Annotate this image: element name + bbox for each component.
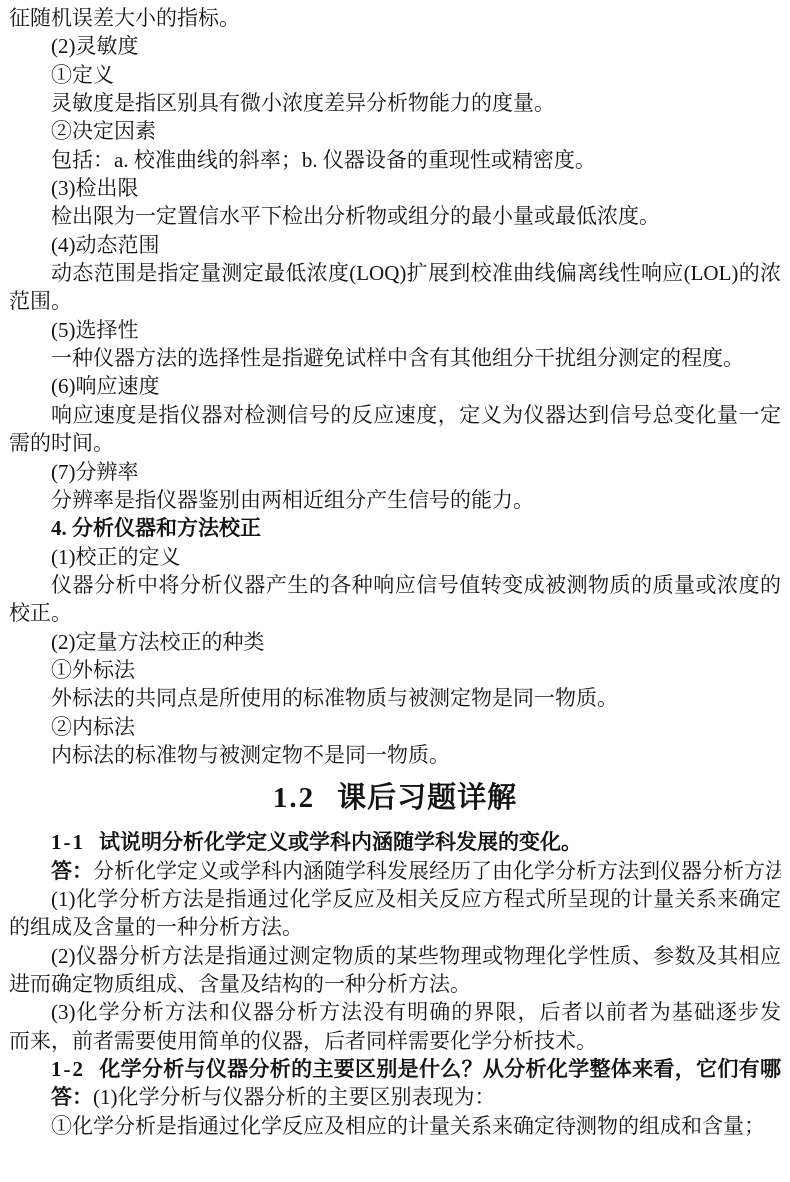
text-line: (1)校正的定义 bbox=[9, 543, 781, 571]
text-line: (7)分辨率 bbox=[9, 458, 781, 486]
text-line: 内标法的标准物与被测定物不是同一物质。 bbox=[9, 741, 781, 769]
question-number: 1-2 bbox=[51, 1057, 85, 1081]
question-text: 试说明分析化学定义或学科内涵随学科发展的变化。 bbox=[99, 830, 582, 854]
subsection-heading: 4. 分析仪器和方法校正 bbox=[9, 514, 781, 542]
text-line: 包括：a. 校准曲线的斜率；b. 仪器设备的重现性或精密度。 bbox=[9, 146, 781, 174]
text-line: 灵敏度是指区别具有微小浓度差异分析物能力的度量。 bbox=[9, 89, 781, 117]
text-line: 征随机误差大小的指标。 bbox=[9, 4, 781, 32]
question-line: 1-2化学分析与仪器分析的主要区别是什么？从分析化学整体来看，它们有哪些共同点？ bbox=[9, 1055, 781, 1083]
answer-label: 答： bbox=[51, 1085, 93, 1109]
answer-label: 答： bbox=[51, 859, 93, 883]
document-page: 征随机误差大小的指标。 (2)灵敏度 ①定义 灵敏度是指区别具有微小浓度差异分析… bbox=[0, 0, 790, 1140]
text-line: (2)灵敏度 bbox=[9, 32, 781, 60]
text-line: 校正。 bbox=[9, 599, 781, 627]
text-line: 外标法的共同点是所使用的标准物质与被测定物是同一物质。 bbox=[9, 684, 781, 712]
text-line: ②内标法 bbox=[9, 713, 781, 741]
text-line: (1)化学分析方法是指通过化学反应及相关反应方程式所呈现的计量关系来确定待测物 bbox=[9, 885, 781, 913]
text-line: 一种仪器方法的选择性是指避免试样中含有其他组分干扰组分测定的程度。 bbox=[9, 344, 781, 372]
section-title: 课后习题详解 bbox=[337, 782, 517, 814]
text-line: ①定义 bbox=[9, 61, 781, 89]
question-line: 1-1试说明分析化学定义或学科内涵随学科发展的变化。 bbox=[9, 828, 781, 856]
answer-text: 分析化学定义或学科内涵随学科发展经历了由化学分析方法到仪器分析方法的变化： bbox=[93, 859, 781, 883]
question-number: 1-1 bbox=[51, 830, 85, 854]
text-line: 进而确定物质组成、含量及结构的一种分析方法。 bbox=[9, 970, 781, 998]
text-line: (4)动态范围 bbox=[9, 231, 781, 259]
text-line: (2)仪器分析方法是指通过测定物质的某些物理或物理化学性质、参数及其相应的变化 bbox=[9, 942, 781, 970]
text-line: (2)定量方法校正的种类 bbox=[9, 628, 781, 656]
text-line: 动态范围是指定量测定最低浓度(LOQ)扩展到校准曲线偏离线性响应(LOL)的浓度 bbox=[9, 259, 781, 287]
text-line: 的组成及含量的一种分析方法。 bbox=[9, 913, 781, 941]
text-line: (5)选择性 bbox=[9, 316, 781, 344]
text-line: ①化学分析是指通过化学反应及相应的计量关系来确定待测物的组成和含量； bbox=[9, 1112, 781, 1140]
section-number: 1.2 bbox=[273, 782, 315, 814]
answer-line: 答：(1)化学分析与仪器分析的主要区别表现为： bbox=[9, 1083, 781, 1111]
text-line: 范围。 bbox=[9, 287, 781, 315]
text-line: (3)检出限 bbox=[9, 174, 781, 202]
text-line: 仪器分析中将分析仪器产生的各种响应信号值转变成被测物质的质量或浓度的过程称为 bbox=[9, 571, 781, 599]
text-line: (3)化学分析方法和仪器分析方法没有明确的界限，后者以前者为基础逐步发展、演变 bbox=[9, 998, 781, 1026]
section-heading: 1.2课后习题详解 bbox=[9, 776, 781, 820]
answer-line: 答：分析化学定义或学科内涵随学科发展经历了由化学分析方法到仪器分析方法的变化： bbox=[9, 857, 781, 885]
answer-text: (1)化学分析与仪器分析的主要区别表现为： bbox=[93, 1085, 496, 1109]
text-line: 需的时间。 bbox=[9, 429, 781, 457]
text-line: 响应速度是指仪器对检测信号的反应速度，定义为仪器达到信号总变化量一定百分数所 bbox=[9, 401, 781, 429]
text-line: 检出限为一定置信水平下检出分析物或组分的最小量或最低浓度。 bbox=[9, 202, 781, 230]
question-text: 化学分析与仪器分析的主要区别是什么？从分析化学整体来看，它们有哪些共同点？ bbox=[9, 1057, 781, 1083]
text-line: ①外标法 bbox=[9, 656, 781, 684]
text-line: 而来，前者需要使用简单的仪器，后者同样需要化学分析技术。 bbox=[9, 1027, 781, 1055]
text-line: (6)响应速度 bbox=[9, 372, 781, 400]
text-line: 分辨率是指仪器鉴别由两相近组分产生信号的能力。 bbox=[9, 486, 781, 514]
text-line: ②决定因素 bbox=[9, 117, 781, 145]
